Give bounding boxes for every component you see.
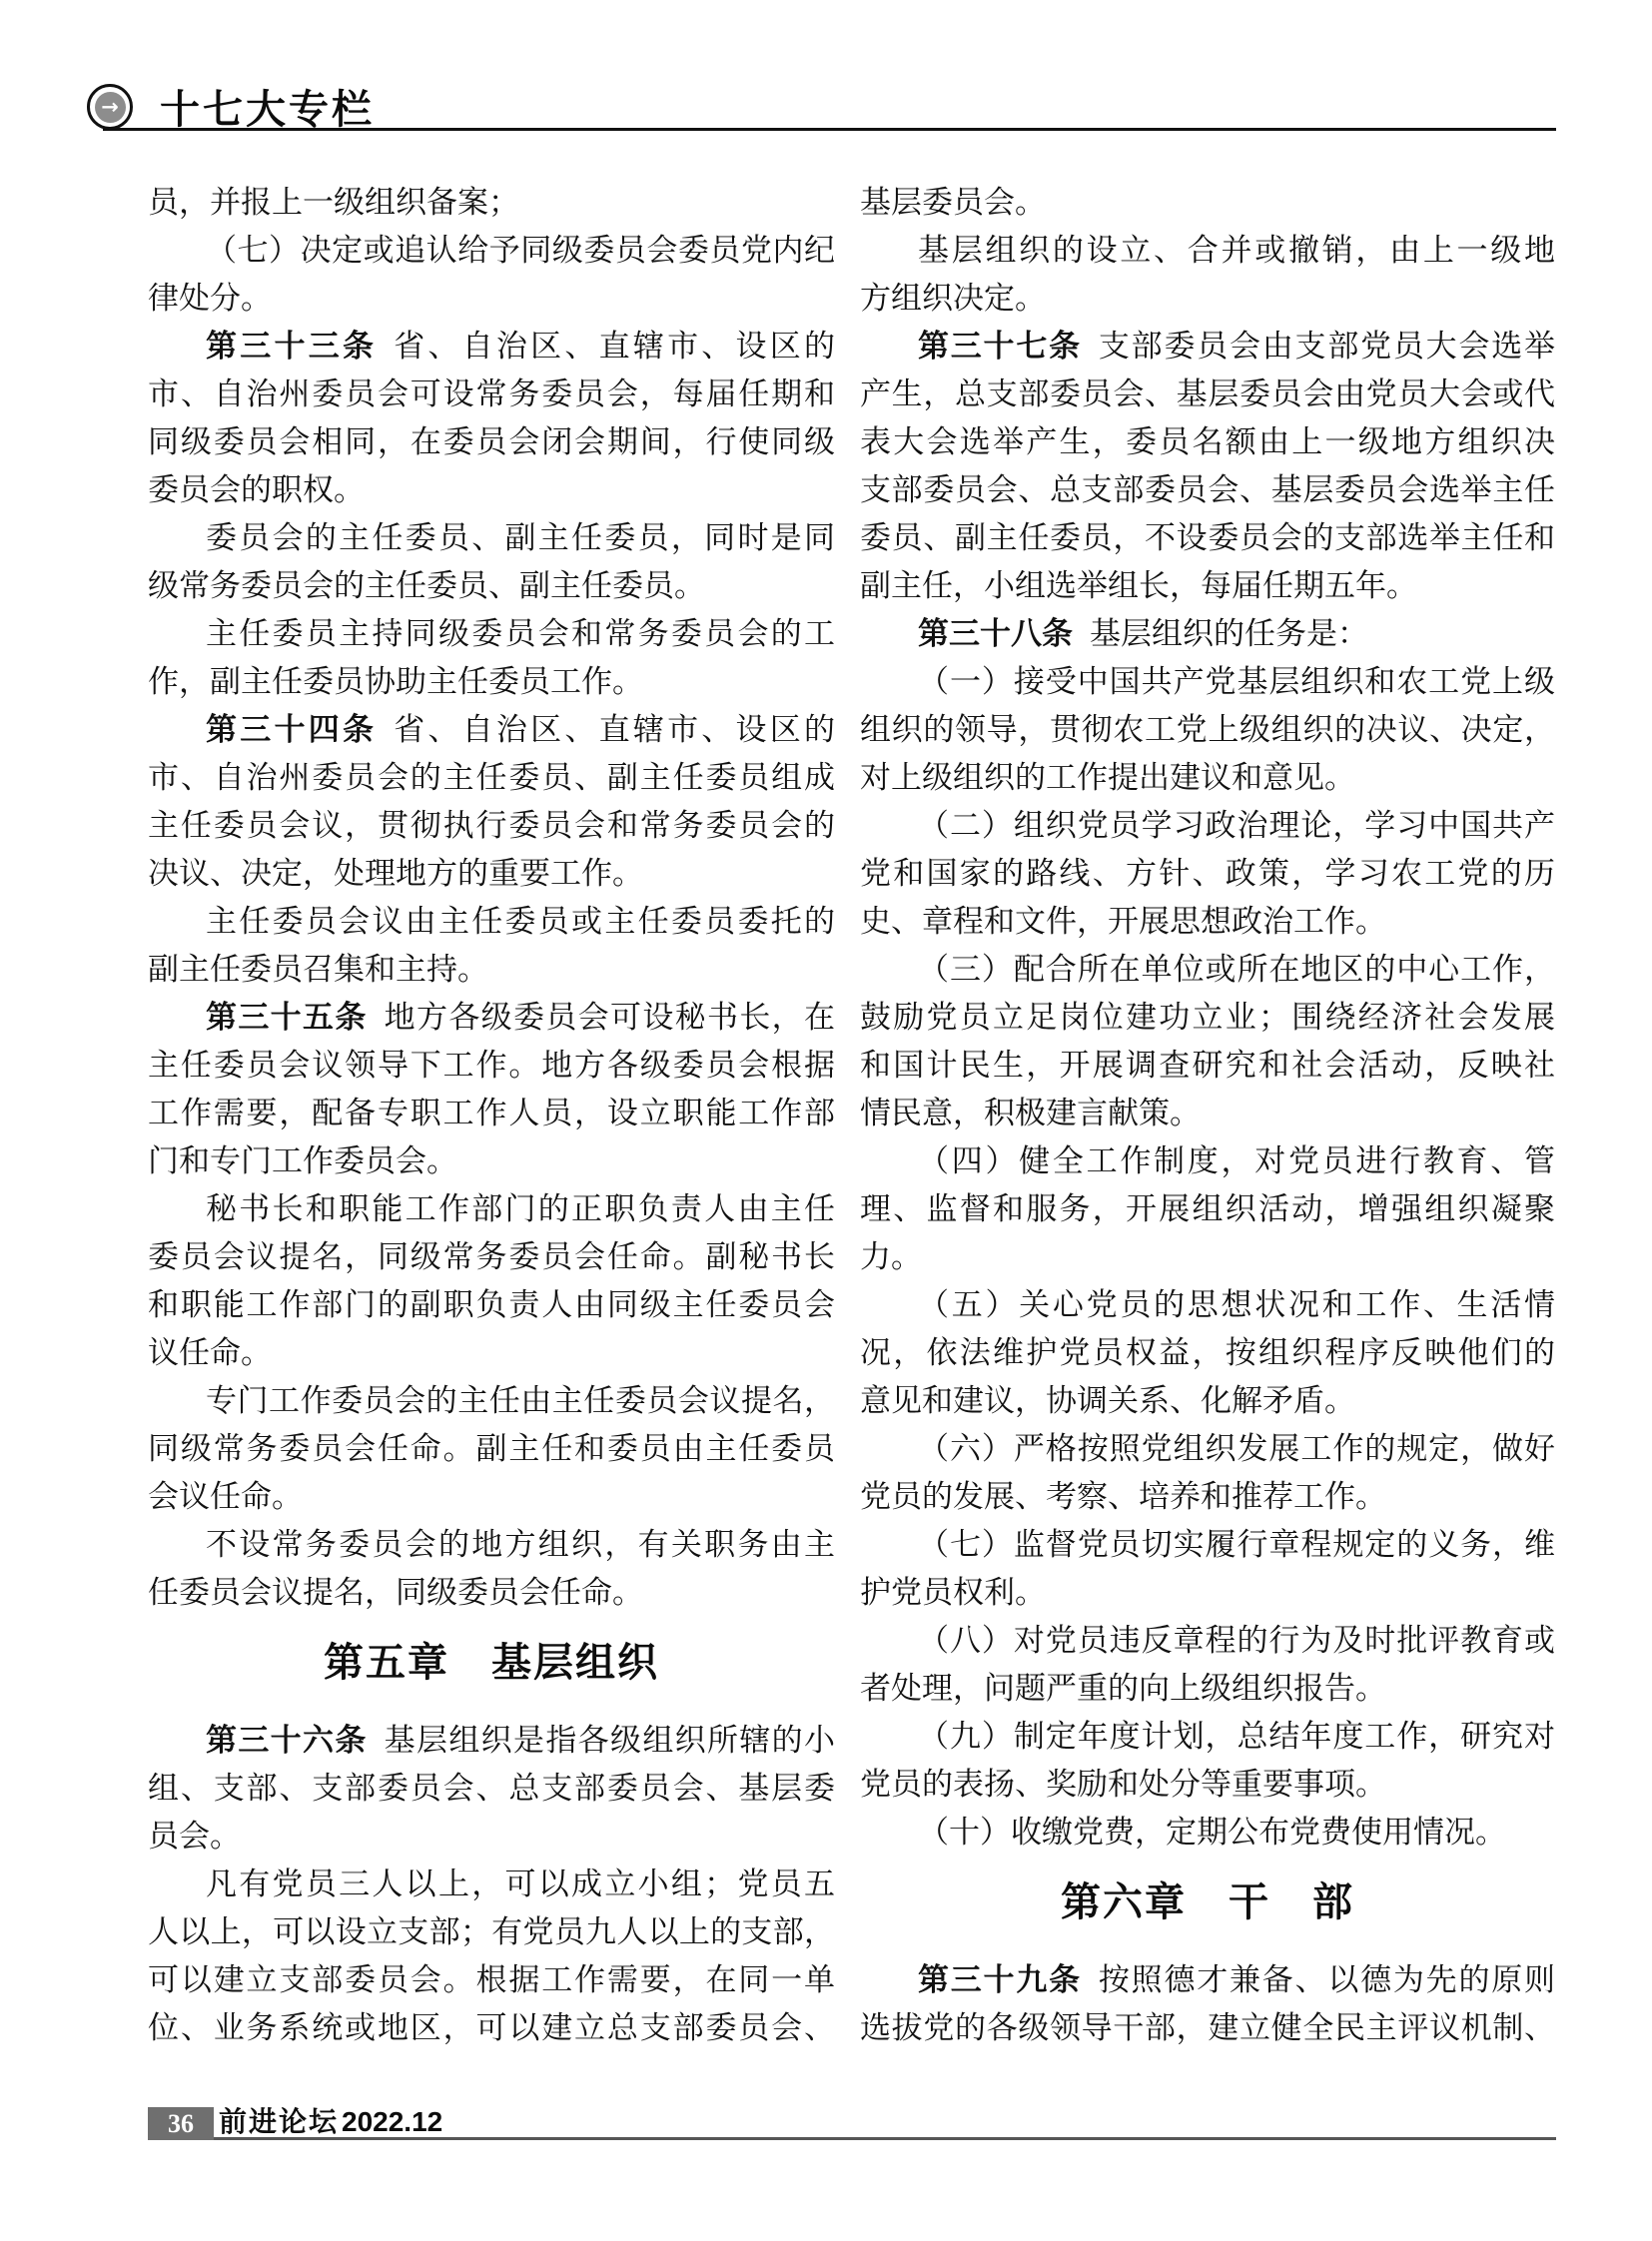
text-line: 护党员权利。: [860, 1569, 1555, 1617]
text-line: （九）制定年度计划，总结年度工作，研究对: [860, 1713, 1555, 1761]
text-line: 和职能工作部门的副职负责人由同级主任委员会: [148, 1281, 835, 1329]
arrow-circle-icon: →: [87, 84, 133, 130]
text-line: 位、业务系统或地区，可以建立总支部委员会、: [148, 2004, 835, 2052]
text-line: 党员的发展、考察、培养和推荐工作。: [860, 1473, 1555, 1521]
text-line: 主任委员会议，贯彻执行委员会和常务委员会的: [148, 802, 835, 850]
text-line: 同级常务委员会任命。副主任和委员由主任委员: [148, 1425, 835, 1473]
issue-date: 2022.12: [342, 2105, 442, 2139]
text-line: 鼓励党员立足岗位建功立业；围绕经济社会发展: [860, 994, 1555, 1042]
text-line: 选拔党的各级领导干部，建立健全民主评议机制、: [860, 2004, 1555, 2052]
text-line: 凡有党员三人以上，可以成立小组；党员五: [148, 1861, 835, 1908]
text-line: 第三十八条基层组织的任务是：: [860, 610, 1555, 658]
text-line: 不设常务委员会的地方组织，有关职务由主: [148, 1521, 835, 1569]
text-line: 第三十五条地方各级委员会可设秘书长，在: [148, 994, 835, 1042]
text-line: 意见和建议，协调关系、化解矛盾。: [860, 1377, 1555, 1425]
text-line: 第三十六条基层组织是指各级组织所辖的小: [148, 1717, 835, 1765]
text-line: 力。: [860, 1233, 1555, 1281]
text-line: 工作需要，配备专职工作人员，设立职能工作部: [148, 1090, 835, 1137]
text-line: （五）关心党员的思想状况和工作、生活情: [860, 1281, 1555, 1329]
text-line: 基层委员会。: [860, 179, 1555, 227]
text-line: 基层组织的设立、合并或撤销，由上一级地: [860, 227, 1555, 275]
text-line: （十）收缴党费，定期公布党费使用情况。: [860, 1809, 1555, 1857]
column-right: 基层委员会。基层组织的设立、合并或撤销，由上一级地方组织决定。第三十七条支部委员…: [860, 179, 1555, 2052]
text-line: 同级委员会相同，在委员会闭会期间，行使同级: [148, 418, 835, 466]
text-line: 会议任命。: [148, 1473, 835, 1521]
text-line: 理、监督和服务，开展组织活动，增强组织凝聚: [860, 1185, 1555, 1233]
text-line: 作，副主任委员协助主任委员工作。: [148, 658, 835, 706]
text-line: 委员会议提名，同级常务委员会任命。副秘书长: [148, 1233, 835, 1281]
text-line: 委员会的职权。: [148, 466, 835, 514]
article-body: 员，并报上一级组织备案；（七）决定或追认给予同级委员会委员党内纪律处分。第三十三…: [148, 179, 1555, 2052]
text-line: 主任委员会议领导下工作。地方各级委员会根据: [148, 1042, 835, 1090]
text-line: 对上级组织的工作提出建议和意见。: [860, 754, 1555, 802]
text-line: 第三十九条按照德才兼备、以德为先的原则: [860, 1956, 1555, 2004]
text-line: （七）监督党员切实履行章程规定的义务，维: [860, 1521, 1555, 1569]
text-line: （四）健全工作制度，对党员进行教育、管: [860, 1137, 1555, 1185]
text-line: 市、自治州委员会可设常务委员会，每届任期和: [148, 371, 835, 418]
text-line: 组、支部、支部委员会、总支部委员会、基层委: [148, 1765, 835, 1813]
article-number: 第三十九条: [918, 1962, 1082, 1997]
chapter-heading: 第六章 干 部: [860, 1874, 1555, 1930]
page-number-badge: 36: [148, 2107, 214, 2140]
text-line: （一）接受中国共产党基层组织和农工党上级: [860, 658, 1555, 706]
text-line: 门和专门工作委员会。: [148, 1137, 835, 1185]
text-line: 级常务委员会的主任委员、副主任委员。: [148, 562, 835, 610]
text-line: 员会。: [148, 1813, 835, 1861]
text-line: 第三十四条省、自治区、直辖市、设区的: [148, 706, 835, 754]
article-number: 第三十四条: [206, 712, 377, 747]
text-line: 人以上，可以设立支部；有党员九人以上的支部，: [148, 1908, 835, 1956]
article-number: 第三十五条: [206, 1000, 368, 1035]
footer-rule: [214, 2137, 1556, 2140]
text-line: （二）组织党员学习政治理论，学习中国共产: [860, 802, 1555, 850]
text-line: 党和国家的路线、方针、政策，学习农工党的历: [860, 850, 1555, 898]
article-number: 第三十八条: [918, 616, 1073, 651]
text-line: 第三十三条省、自治区、直辖市、设区的: [148, 323, 835, 371]
text-line: 律处分。: [148, 275, 835, 323]
text-line: 可以建立支部委员会。根据工作需要，在同一单: [148, 1956, 835, 2004]
text-line: 议任命。: [148, 1329, 835, 1377]
journal-name: 前进论坛: [219, 2105, 339, 2139]
text-line: 史、章程和文件，开展思想政治工作。: [860, 898, 1555, 946]
text-line: 委员、副主任委员，不设委员会的支部选举主任和: [860, 514, 1555, 562]
arrow-right-icon: →: [95, 92, 126, 123]
text-line: （七）决定或追认给予同级委员会委员党内纪: [148, 227, 835, 275]
text-line: 和国计民生，开展调查研究和社会活动，反映社: [860, 1042, 1555, 1090]
text-line: 第三十七条支部委员会由支部党员大会选举: [860, 323, 1555, 371]
text-line: 委员会的主任委员、副主任委员，同时是同: [148, 514, 835, 562]
text-line: 方组织决定。: [860, 275, 1555, 323]
text-line: 副主任，小组选举组长，每届任期五年。: [860, 562, 1555, 610]
page-title: 十七大专栏: [160, 78, 375, 135]
text-line: 表大会选举产生，委员名额由上一级地方组织决定。: [860, 418, 1555, 466]
text-line: 组织的领导，贯彻农工党上级组织的决议、决定，: [860, 706, 1555, 754]
text-line: 秘书长和职能工作部门的正职负责人由主任: [148, 1185, 835, 1233]
text-line: 市、自治州委员会的主任委员、副主任委员组成: [148, 754, 835, 802]
text-line: 党员的表扬、奖励和处分等重要事项。: [860, 1761, 1555, 1809]
text-line: 者处理，问题严重的向上级组织报告。: [860, 1665, 1555, 1713]
text-line: 况，依法维护党员权益，按组织程序反映他们的: [860, 1329, 1555, 1377]
page: → 十七大专栏 员，并报上一级组织备案；（七）决定或追认给予同级委员会委员党内纪…: [0, 0, 1652, 2241]
text-line: 产生，总支部委员会、基层委员会由党员大会或代: [860, 371, 1555, 418]
text-line: 主任委员会议由主任委员或主任委员委托的: [148, 898, 835, 946]
article-number: 第三十三条: [206, 329, 377, 364]
text-line: 决议、决定，处理地方的重要工作。: [148, 850, 835, 898]
text-line: 主任委员主持同级委员会和常务委员会的工: [148, 610, 835, 658]
column-left: 员，并报上一级组织备案；（七）决定或追认给予同级委员会委员党内纪律处分。第三十三…: [148, 179, 835, 2052]
text-line: 任委员会议提名，同级委员会任命。: [148, 1569, 835, 1617]
text-line: （六）严格按照党组织发展工作的规定，做好: [860, 1425, 1555, 1473]
article-number: 第三十七条: [918, 329, 1082, 364]
article-number: 第三十六条: [206, 1723, 368, 1758]
text-line: 副主任委员召集和主持。: [148, 946, 835, 994]
text-line: 支部委员会、总支部委员会、基层委员会选举主任: [860, 466, 1555, 514]
text-line: （八）对党员违反章程的行为及时批评教育或: [860, 1617, 1555, 1665]
text-line: 专门工作委员会的主任由主任委员会议提名，: [148, 1377, 835, 1425]
chapter-heading: 第五章 基层组织: [148, 1635, 835, 1691]
text-line: 情民意，积极建言献策。: [860, 1090, 1555, 1137]
text-line: （三）配合所在单位或所在地区的中心工作，: [860, 946, 1555, 994]
text-line: 员，并报上一级组织备案；: [148, 179, 835, 227]
